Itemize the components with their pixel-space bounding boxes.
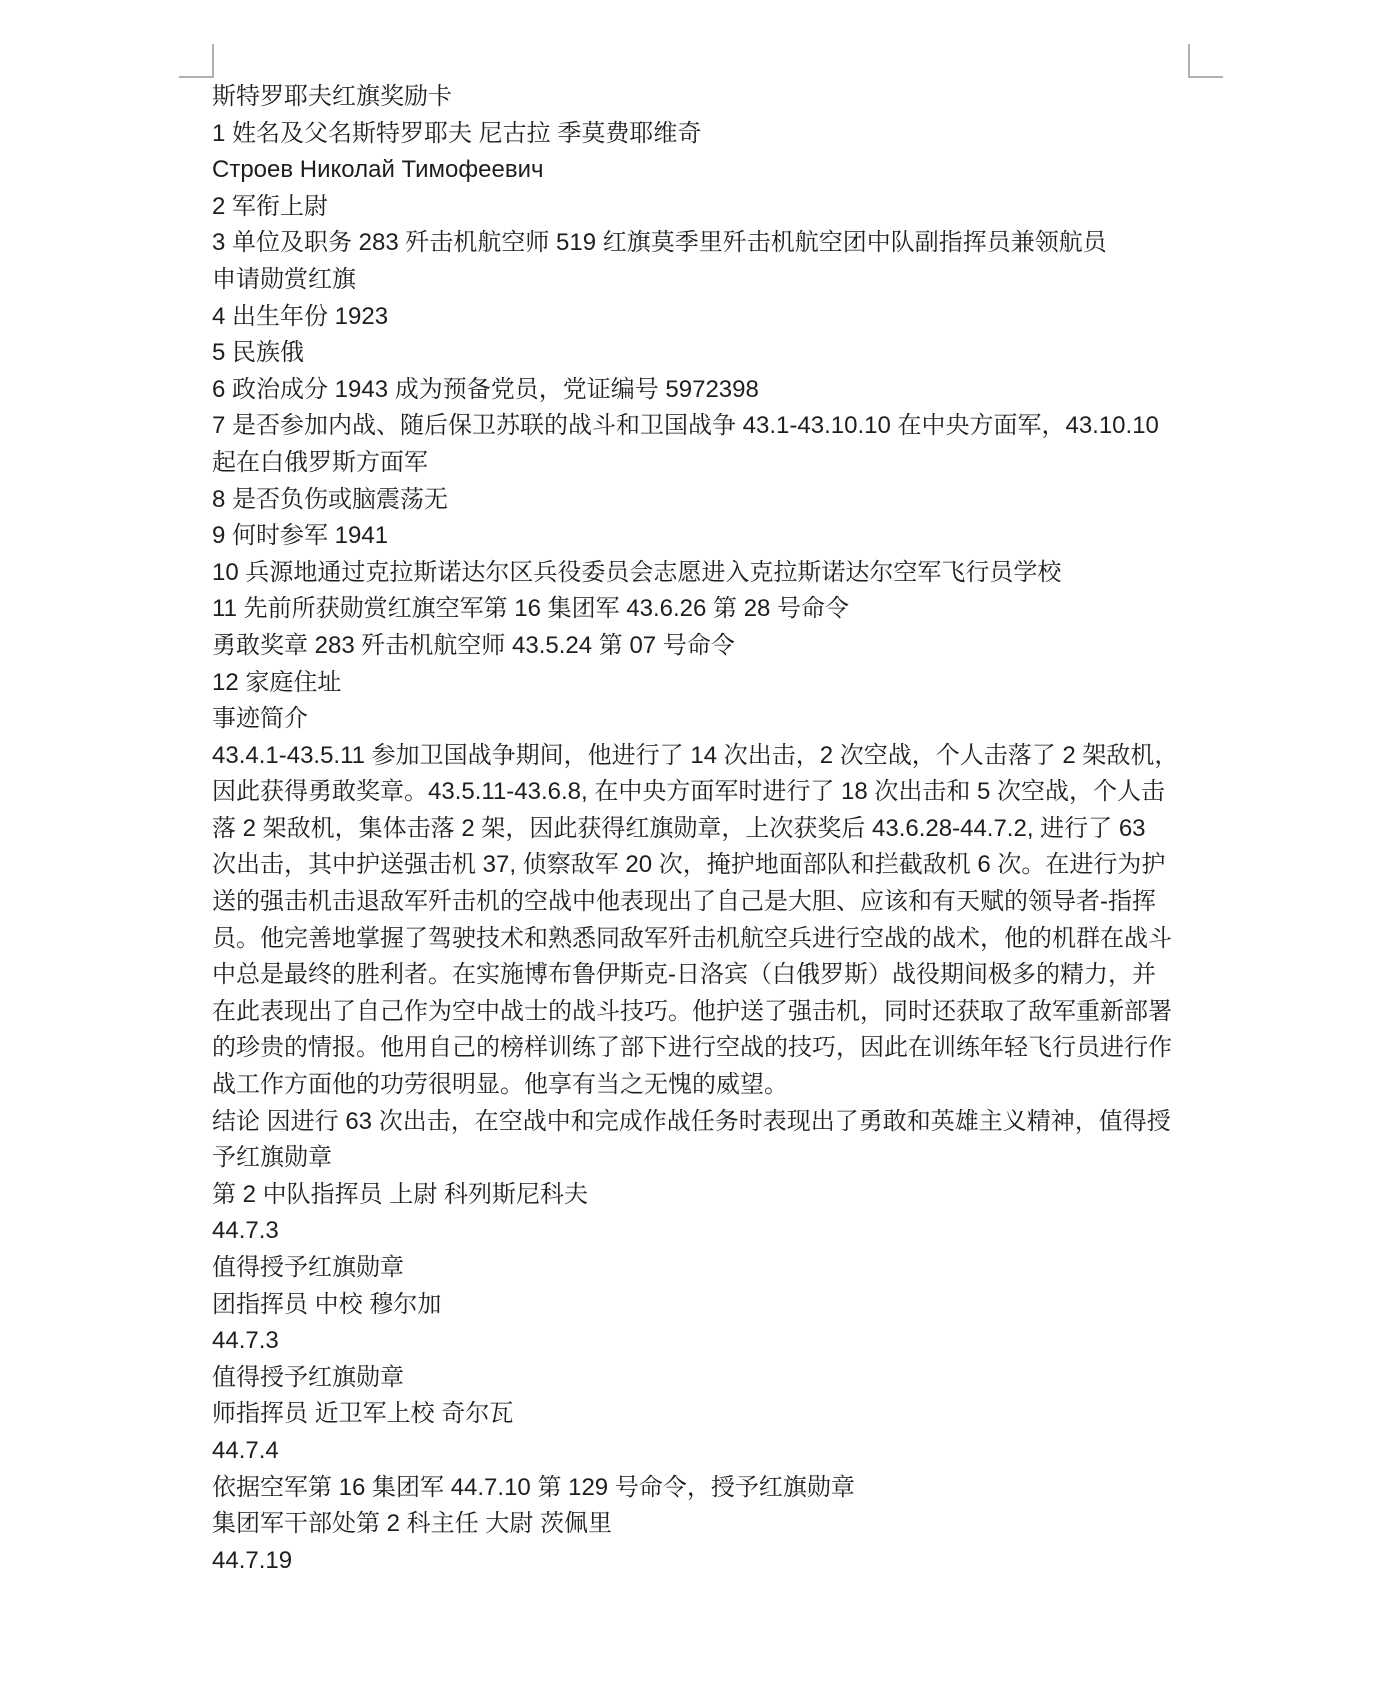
text-line: 次出击，其中护送强击机 37, 侦察敌军 20 次，掩护地面部队和拦截敌机 6 … — [212, 847, 1212, 884]
text-line: 44.7.4 — [212, 1433, 1212, 1470]
text-line: 9 何时参军 1941 — [212, 518, 1212, 555]
text-line: 予红旗勋章 — [212, 1140, 1212, 1177]
text-line: 3 单位及职务 283 歼击机航空师 519 红旗莫季里歼击机航空团中队副指挥员… — [212, 225, 1212, 262]
text-line: 起在白俄罗斯方面军 — [212, 445, 1212, 482]
text-line: 集团军干部处第 2 科主任 大尉 茨佩里 — [212, 1506, 1212, 1543]
text-line: 44.7.3 — [212, 1323, 1212, 1360]
text-line: 结论 因进行 63 次出击，在空战中和完成作战任务时表现出了勇敢和英雄主义精神，… — [212, 1104, 1212, 1141]
text-line: 4 出生年份 1923 — [212, 299, 1212, 336]
text-line: Строев Николай Тимофеевич — [212, 152, 1212, 189]
text-line: 在此表现出了自己作为空中战士的战斗技巧。他护送了强击机，同时还获取了敌军重新部署 — [212, 994, 1212, 1031]
text-line: 2 军衔上尉 — [212, 189, 1212, 226]
text-line: 师指挥员 近卫军上校 奇尔瓦 — [212, 1396, 1212, 1433]
text-line: 第 2 中队指挥员 上尉 科列斯尼科夫 — [212, 1177, 1212, 1214]
text-line: 送的强击机击退敌军歼击机的空战中他表现出了自己是大胆、应该和有天赋的领导者-指挥 — [212, 884, 1212, 921]
text-line: 11 先前所获勋赏红旗空军第 16 集团军 43.6.26 第 28 号命令 — [212, 591, 1212, 628]
text-line: 5 民族俄 — [212, 335, 1212, 372]
text-line: 12 家庭住址 — [212, 665, 1212, 702]
text-line: 的珍贵的情报。他用自己的榜样训练了部下进行空战的技巧，因此在训练年轻飞行员进行作 — [212, 1030, 1212, 1067]
document-page: 斯特罗耶夫红旗奖励卡1 姓名及父名斯特罗耶夫 尼古拉 季莫费耶维奇Строев … — [0, 0, 1400, 1681]
page-corner-mark-top-right-icon — [1188, 44, 1223, 78]
text-line: 因此获得勇敢奖章。43.5.11-43.6.8, 在中央方面军时进行了 18 次… — [212, 774, 1212, 811]
text-line: 落 2 架敌机，集体击落 2 架，因此获得红旗勋章，上次获奖后 43.6.28-… — [212, 811, 1212, 848]
text-line: 勇敢奖章 283 歼击机航空师 43.5.24 第 07 号命令 — [212, 628, 1212, 665]
document-body: 斯特罗耶夫红旗奖励卡1 姓名及父名斯特罗耶夫 尼古拉 季莫费耶维奇Строев … — [212, 79, 1212, 1579]
text-line: 7 是否参加内战、随后保卫苏联的战斗和卫国战争 43.1-43.10.10 在中… — [212, 408, 1212, 445]
page-corner-mark-top-left-icon — [179, 44, 214, 78]
text-line: 战工作方面他的功劳很明显。他享有当之无愧的威望。 — [212, 1067, 1212, 1104]
text-line: 43.4.1-43.5.11 参加卫国战争期间，他进行了 14 次出击，2 次空… — [212, 738, 1212, 775]
text-line: 员。他完善地掌握了驾驶技术和熟悉同敌军歼击机航空兵进行空战的战术，他的机群在战斗 — [212, 921, 1212, 958]
text-line: 1 姓名及父名斯特罗耶夫 尼古拉 季莫费耶维奇 — [212, 116, 1212, 153]
text-line: 8 是否负伤或脑震荡无 — [212, 482, 1212, 519]
text-line: 10 兵源地通过克拉斯诺达尔区兵役委员会志愿进入克拉斯诺达尔空军飞行员学校 — [212, 555, 1212, 592]
text-line: 值得授予红旗勋章 — [212, 1360, 1212, 1397]
text-line: 44.7.3 — [212, 1213, 1212, 1250]
text-line: 申请勋赏红旗 — [212, 262, 1212, 299]
text-line: 44.7.19 — [212, 1543, 1212, 1580]
text-line: 6 政治成分 1943 成为预备党员，党证编号 5972398 — [212, 372, 1212, 409]
text-line: 值得授予红旗勋章 — [212, 1250, 1212, 1287]
text-line: 斯特罗耶夫红旗奖励卡 — [212, 79, 1212, 116]
text-line: 中总是最终的胜利者。在实施博布鲁伊斯克-日洛宾（白俄罗斯）战役期间极多的精力，并 — [212, 957, 1212, 994]
text-line: 团指挥员 中校 穆尔加 — [212, 1287, 1212, 1324]
text-line: 事迹简介 — [212, 701, 1212, 738]
text-line: 依据空军第 16 集团军 44.7.10 第 129 号命令，授予红旗勋章 — [212, 1470, 1212, 1507]
